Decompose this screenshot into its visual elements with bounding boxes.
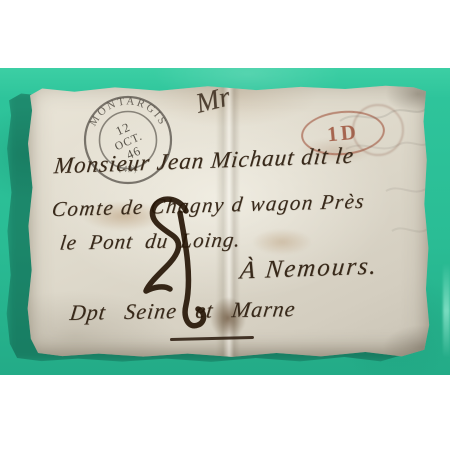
photo-of-antique-letter: MONTARGIS (43) 12 OCT. 46 1D	[0, 0, 450, 450]
ghost-show-through-writing	[336, 91, 430, 261]
address-line-town: À Nemours.	[239, 253, 380, 286]
manuscript-tax-numeral-2	[130, 189, 216, 339]
folded-letter-cover: MONTARGIS (43) 12 OCT. 46 1D	[26, 83, 430, 358]
mat-edge-highlight	[443, 263, 450, 358]
tan-stain	[252, 229, 312, 255]
green-felt-background: MONTARGIS (43) 12 OCT. 46 1D	[0, 68, 450, 375]
